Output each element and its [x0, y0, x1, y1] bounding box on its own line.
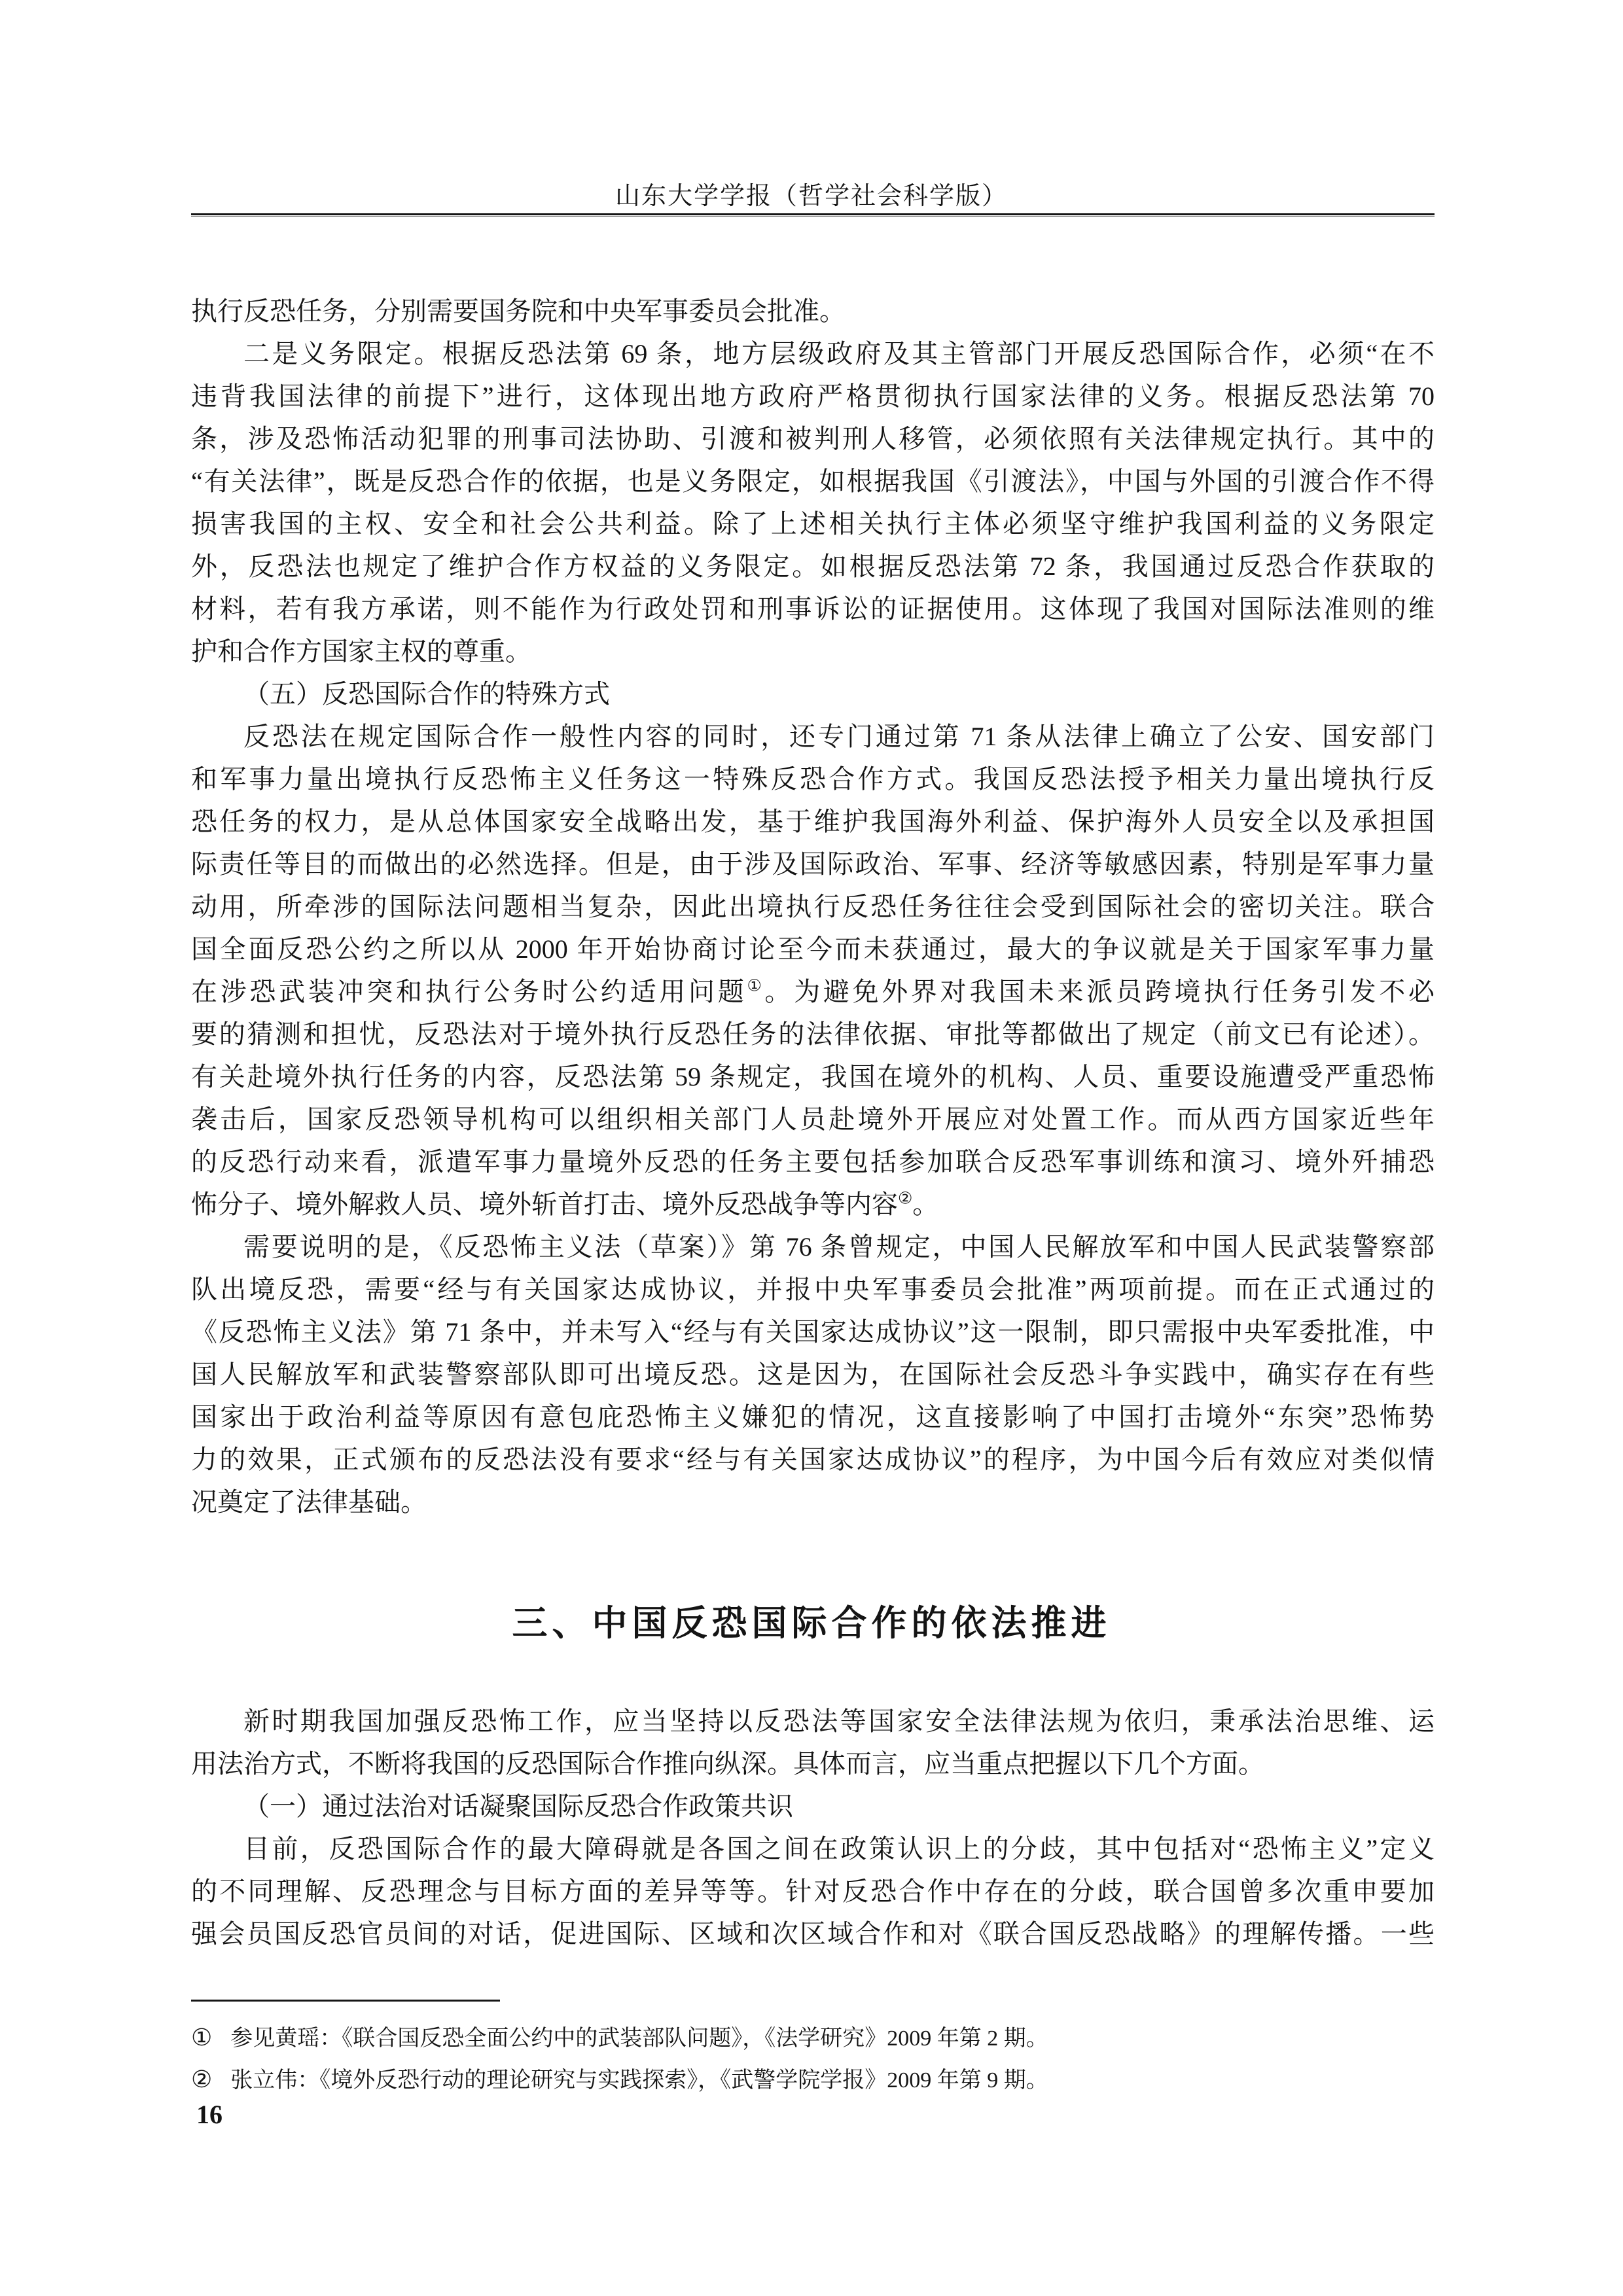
text-line: 材料，若有我方承诺，则不能作为行政处罚和刑事诉讼的证据使用。这体现了我国对国际法…: [191, 588, 1435, 630]
footnote-marker: ②: [191, 2058, 212, 2100]
body-text-part2: 新时期我国加强反恐怖工作，应当坚持以反恐法等国家安全法律法规为依归，秉承法治思维…: [191, 1700, 1435, 1955]
footnote-ref-icon: ②: [898, 1190, 912, 1208]
text-line: 反恐法在规定国际合作一般性内容的同时，还专门通过第 71 条从法律上确立了公安、…: [191, 715, 1435, 758]
text-line: 动用，所牵涉的国际法问题相当复杂，因此出境执行反恐任务往往会受到国际社会的密切关…: [191, 885, 1435, 928]
text-line: 力的效果，正式颁布的反恐法没有要求“经与有关国家达成协议”的程序，为中国今后有效…: [191, 1438, 1435, 1481]
text-line: 外，反恐法也规定了维护合作方权益的义务限定。如根据反恐法第 72 条，我国通过反…: [191, 545, 1435, 588]
text-line: 条，涉及恐怖活动犯罪的刑事司法协助、引渡和被判刑人移管，必须依照有关法律规定执行…: [191, 417, 1435, 460]
text-line: 在涉恐武装冲突和执行公务时公约适用问题①。为避免外界对我国未来派员跨境执行任务引…: [191, 970, 1435, 1013]
page-number: 16: [196, 2099, 223, 2130]
text-line: 护和合作方国家主权的尊重。: [191, 630, 1435, 673]
text-line: 袭击后，国家反恐领导机构可以组织相关部门人员赴境外开展应对处置工作。而从西方国家…: [191, 1098, 1435, 1140]
text-line: 二是义务限定。根据反恐法第 69 条，地方层级政府及其主管部门开展反恐国际合作，…: [191, 332, 1435, 375]
text-line: 执行反恐任务，分别需要国务院和中央军事委员会批准。: [191, 290, 1435, 332]
footnote-item: ② 张立伟：《境外反恐行动的理论研究与实践探索》，《武警学院学报》2009 年第…: [191, 2058, 1435, 2100]
footnote-text: 参见黄瑶：《联合国反恐全面公约中的武装部队问题》，《法学研究》2009 年第 2…: [230, 2018, 1435, 2060]
text-line: 损害我国的主权、安全和社会公共利益。除了上述相关执行主体必须坚守维护我国利益的义…: [191, 503, 1435, 545]
text-line: 的反恐行动来看，派遣军事力量境外反恐的任务主要包括参加联合反恐军事训练和演习、境…: [191, 1140, 1435, 1183]
text-line: 要的猜测和担忧，反恐法对于境外执行反恐任务的法律依据、审批等都做出了规定（前文已…: [191, 1013, 1435, 1055]
footnote-ref-icon: ①: [747, 978, 764, 995]
footnote-item: ① 参见黄瑶：《联合国反恐全面公约中的武装部队问题》，《法学研究》2009 年第…: [191, 2017, 1435, 2058]
text-line: 目前，反恐国际合作的最大障碍就是各国之间在政策认识上的分歧，其中包括对“恐怖主义…: [191, 1828, 1435, 1870]
footnote-rule: [191, 2000, 500, 2002]
text-line: 国人民解放军和武装警察部队即可出境反恐。这是因为，在国际社会反恐斗争实践中，确实…: [191, 1353, 1435, 1396]
text-line: 的不同理解、反恐理念与目标方面的差异等等。针对反恐合作中存在的分歧，联合国曾多次…: [191, 1870, 1435, 1913]
text-line: 况奠定了法律基础。: [191, 1481, 1435, 1523]
text-line: 违背我国法律的前提下”进行，这体现出地方政府严格贯彻执行国家法律的义务。根据反恐…: [191, 375, 1435, 417]
text-line: 强会员国反恐官员间的对话，促进国际、区域和次区域合作和对《联合国反恐战略》的理解…: [191, 1913, 1435, 1955]
text-line: 际责任等目的而做出的必然选择。但是，由于涉及国际政治、军事、经济等敏感因素，特别…: [191, 843, 1435, 885]
text-line: 新时期我国加强反恐怖工作，应当坚持以反恐法等国家安全法律法规为依归，秉承法治思维…: [191, 1700, 1435, 1742]
text-line: 队出境反恐，需要“经与有关国家达成协议，并报中央军事委员会批准”两项前提。而在正…: [191, 1268, 1435, 1311]
text-line: 《反恐怖主义法》第 71 条中，并未写入“经与有关国家达成协议”这一限制，即只需…: [191, 1311, 1435, 1353]
text-line: “有关法律”，既是反恐合作的依据，也是义务限定，如根据我国《引渡法》，中国与外国…: [191, 460, 1435, 503]
text-line: 有关赴境外执行任务的内容，反恐法第 59 条规定，我国在境外的机构、人员、重要设…: [191, 1055, 1435, 1098]
text-line: 国家出于政治利益等原因有意包庇恐怖主义嫌犯的情况，这直接影响了中国打击境外“东突…: [191, 1396, 1435, 1438]
text-line: 用法治方式，不断将我国的反恐国际合作推向纵深。具体而言，应当重点把握以下几个方面…: [191, 1742, 1435, 1785]
text-line: （一）通过法治对话凝聚国际反恐合作政策共识: [191, 1785, 1435, 1828]
text-line: 需要说明的是，《反恐怖主义法（草案）》第 76 条曾规定，中国人民解放军和中国人…: [191, 1226, 1435, 1268]
journal-header-title: 山东大学学报（哲学社会科学版）: [0, 175, 1623, 211]
text-line: 恐任务的权力，是从总体国家安全战略出发，基于维护我国海外利益、保护海外人员安全以…: [191, 800, 1435, 843]
text-line: 国全面反恐公约之所以从 2000 年开始协商讨论至今而未获通过，最大的争议就是关…: [191, 928, 1435, 970]
header-rule: [191, 213, 1435, 217]
body-text-part1: 执行反恐任务，分别需要国务院和中央军事委员会批准。二是义务限定。根据反恐法第 6…: [191, 290, 1435, 1523]
footnote-marker: ①: [191, 2017, 212, 2058]
text-line: （五）反恐国际合作的特殊方式: [191, 673, 1435, 715]
footnote-list: ① 参见黄瑶：《联合国反恐全面公约中的武装部队问题》，《法学研究》2009 年第…: [191, 2017, 1435, 2100]
footnote-text: 张立伟：《境外反恐行动的理论研究与实践探索》，《武警学院学报》2009 年第 9…: [230, 2060, 1435, 2102]
journal-page: 山东大学学报（哲学社会科学版） 执行反恐任务，分别需要国务院和中央军事委员会批准…: [0, 0, 1623, 2296]
text-line: 怖分子、境外解救人员、境外斩首打击、境外反恐战争等内容②。: [191, 1183, 1435, 1226]
text-line: 和军事力量出境执行反恐怖主义任务这一特殊反恐合作方式。我国反恐法授予相关力量出境…: [191, 758, 1435, 800]
section-heading: 三、中国反恐国际合作的依法推进: [0, 1595, 1623, 1646]
